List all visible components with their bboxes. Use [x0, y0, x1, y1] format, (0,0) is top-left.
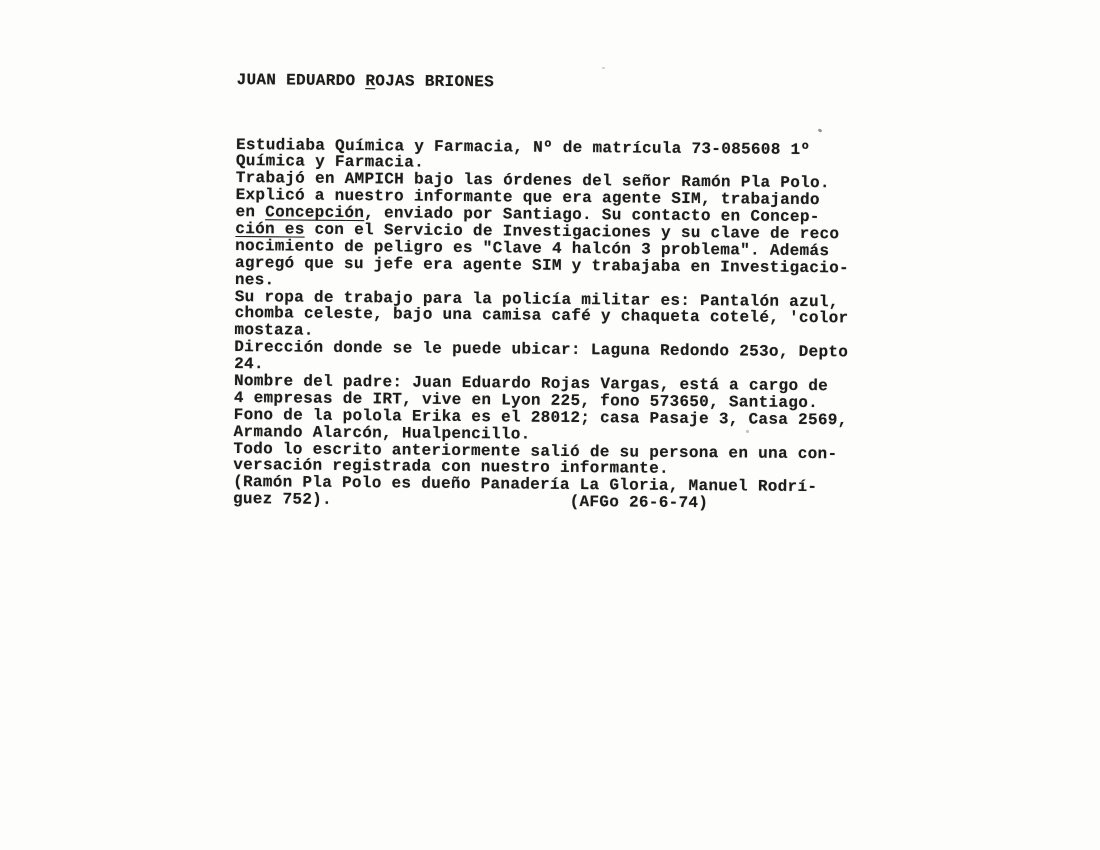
- document-lines: Estudiaba Química y Farmacia, Nº de matr…: [233, 137, 858, 514]
- text-segment: mostaza.: [234, 321, 313, 340]
- typewritten-text-block: JUAN EDUARDO ROJAS BRIONES Estudiaba Quí…: [233, 38, 859, 547]
- text-segment: JUAN EDUARDO: [237, 71, 366, 90]
- text-segment: (AFGo 26-6-74): [570, 493, 709, 512]
- scanned-document-page: JUAN EDUARDO ROJAS BRIONES Estudiaba Quí…: [0, 0, 1100, 850]
- scan-speckle: [602, 67, 605, 69]
- scan-speckle: [746, 430, 749, 433]
- underlined-text-segment: ción es: [235, 220, 304, 239]
- text-segment: guez 752).: [233, 490, 570, 511]
- underlined-text-segment: R: [365, 72, 375, 90]
- scan-speckle: [646, 266, 649, 268]
- text-segment: nes.: [235, 271, 275, 289]
- document-title: JUAN EDUARDO ROJAS BRIONES: [237, 72, 859, 94]
- text-segment: en: [235, 203, 265, 221]
- text-segment: OJAS BRIONES: [375, 72, 494, 91]
- text-segment: 24.: [234, 355, 264, 373]
